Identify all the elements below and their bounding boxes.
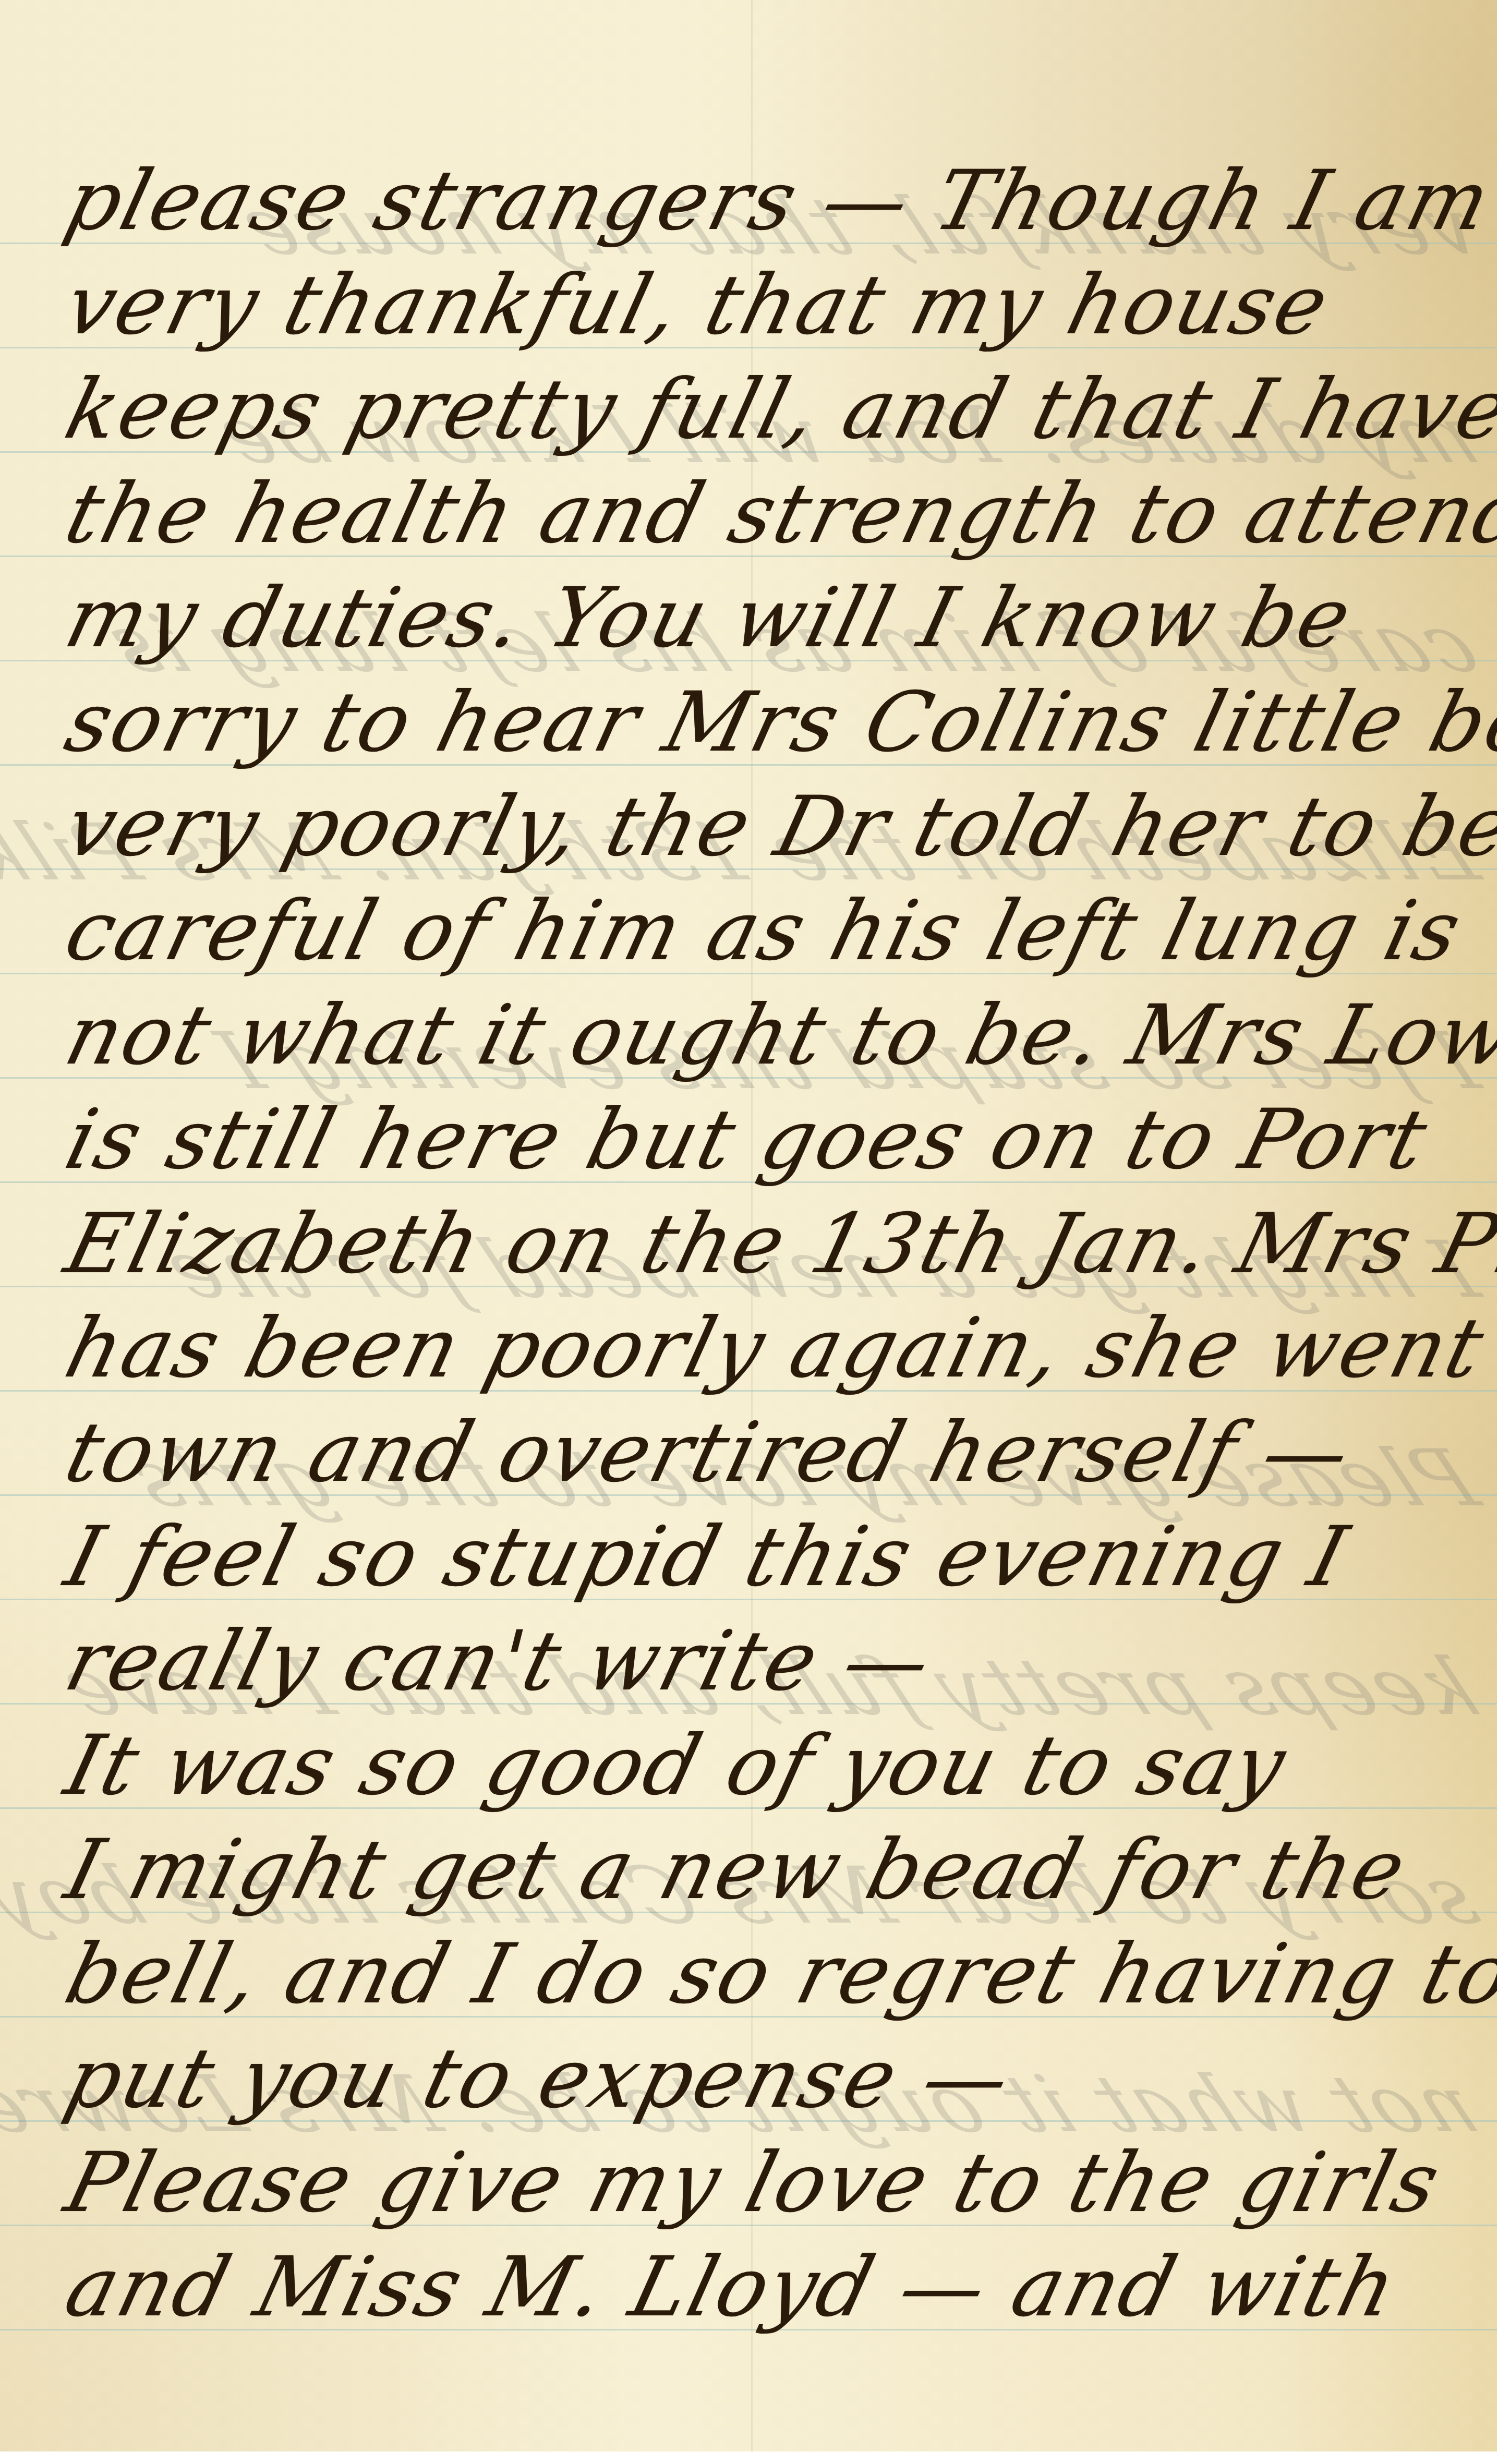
handwritten-line: is still here but goes on to Port: [57, 1095, 1488, 1184]
handwritten-line: careful of him as his left lung is: [57, 887, 1488, 975]
handwritten-line: Elizabeth on the 13th Jan. Mrs Pilkingto…: [57, 1200, 1488, 1288]
handwritten-line: my duties. You will I know be: [57, 574, 1488, 662]
handwritten-line: put you to expense —: [57, 2034, 1488, 2123]
handwritten-line: sorry to hear Mrs Collins little boy is: [57, 678, 1488, 767]
handwritten-line: town and overtired herself —: [57, 1408, 1488, 1497]
handwritten-line: really can't write —: [57, 1617, 1488, 1706]
handwritten-line: It was so good of you to say: [57, 1721, 1488, 1810]
handwritten-line: has been poorly again, she went into: [57, 1304, 1488, 1393]
handwritten-line: please strangers — Though I am: [57, 156, 1488, 245]
handwritten-line: not what it ought to be. Mrs Lowrey: [57, 991, 1488, 1080]
handwritten-line: I might get a new bead for the: [57, 1826, 1488, 1914]
handwritten-line: very poorly, the Dr told her to be very: [57, 782, 1488, 871]
handwritten-line: I feel so stupid this evening I: [57, 1513, 1488, 1601]
handwritten-line: the health and strength to attend to: [57, 469, 1488, 558]
handwritten-line: bell, and I do so regret having to: [57, 1930, 1488, 2019]
handwritten-line: Please give my love to the girls: [57, 2139, 1488, 2227]
letter-page: very thankful, that my house my duties. …: [0, 0, 1497, 2451]
handwritten-line: keeps pretty full, and that I have: [57, 365, 1488, 454]
handwritten-line: very thankful, that my house: [57, 261, 1488, 349]
handwritten-line: and Miss M. Lloyd — and with: [57, 2243, 1488, 2332]
